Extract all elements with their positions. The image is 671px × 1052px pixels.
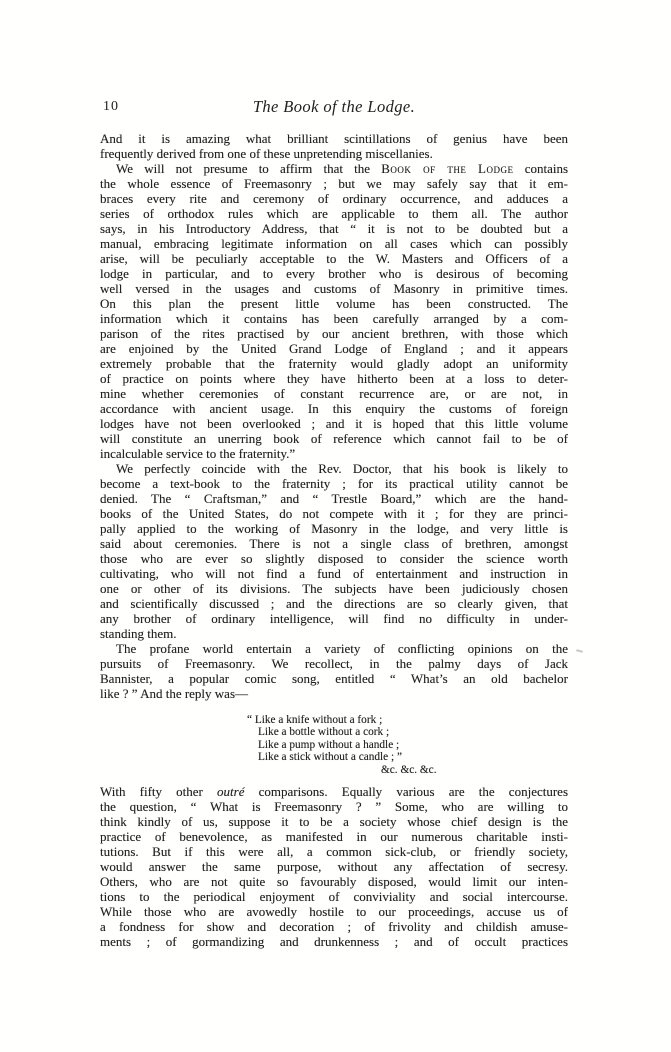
scanned-page: 10 The Book of the Lodge. And it is amaz… [0,0,671,1052]
verse-line: Like a stick without a candle ; ” [258,751,568,763]
text-segment: pursuits of Freemasonry. We recollect, i… [100,656,568,671]
text-line: arise, will be peculiarly acceptable to … [100,251,568,266]
text-segment: the question, “ What is Freemasonry ? ” … [100,799,568,814]
text-segment: With fifty other [100,784,217,799]
text-segment: cultivating, who will not find a fund of… [100,566,568,581]
text-segment: are enjoined by the United Grand Lodge o… [100,341,568,356]
verse-quote: “ Like a knife without a fork ;Like a bo… [247,714,568,776]
text-segment: a fondness for show and decoration ; of … [100,919,568,934]
text-segment: denied. The “ Craftsman,” and “ Trestle … [100,491,568,506]
text-segment: arise, will be peculiarly acceptable to … [100,251,568,266]
text-line: ments ; of gormandizing and drunkenness … [100,934,568,949]
text-segment: On this plan the present little volume h… [100,296,568,311]
text-segment: frequently derived from one of these unp… [100,146,433,161]
text-block: And it is amazing what brilliant scintil… [100,131,568,949]
verse-line: Like a pump without a handle ; [258,739,568,751]
text-line: says, in his Introductory Address, that … [100,221,568,236]
text-line: accordance with ancient usage. In this e… [100,401,568,416]
text-segment: said about ceremonies. There is not a si… [100,536,568,551]
text-segment: We will not presume to affirm that the [116,161,381,176]
text-segment: tutions. But if this were all, a common … [100,844,568,859]
text-line: well versed in the usages and customs of… [100,281,568,296]
text-line: the question, “ What is Freemasonry ? ” … [100,799,568,814]
text-line: The profane world entertain a variety of… [100,641,568,656]
paragraph: With fifty other outré comparisons. Equa… [100,784,568,949]
text-line: With fifty other outré comparisons. Equa… [100,784,568,799]
text-line: incalculable service to the fraternity.” [100,446,568,461]
text-segment: like ? ” And the reply was— [100,686,248,701]
verse-line: Like a bottle without a cork ; [258,726,568,738]
text-segment: pally applied to the working of Masonry … [100,521,568,536]
scan-speck-artifact [576,649,583,653]
text-segment: extremely probable that the fraternity w… [100,356,568,371]
text-line: will constitute an unerring book of refe… [100,431,568,446]
text-segment: those who are ever so slightly disposed … [100,551,568,566]
text-line: lodges have not been overlooked ; and it… [100,416,568,431]
text-line: Bannister, a popular comic song, entitle… [100,671,568,686]
text-segment: contains [513,161,568,176]
running-title: The Book of the Lodge. [100,97,568,117]
text-line: tions to the periodical enjoyment of con… [100,889,568,904]
text-line: braces every rite and ceremony of ordina… [100,191,568,206]
text-line: On this plan the present little volume h… [100,296,568,311]
paragraph: The profane world entertain a variety of… [100,641,568,701]
text-segment: any brother of ordinary intelligence, wi… [100,611,568,626]
text-line: We perfectly coincide with the Rev. Doct… [100,461,568,476]
text-line: any brother of ordinary intelligence, wi… [100,611,568,626]
text-line: one or other of its divisions. The subje… [100,581,568,596]
text-line: are enjoined by the United Grand Lodge o… [100,341,568,356]
text-line: of practice on points where they have hi… [100,371,568,386]
text-line: think kindly of us, suppose it to be a s… [100,814,568,829]
text-segment: comparisons. Equally various are the con… [244,784,568,799]
text-segment: books of the United States, do not compe… [100,506,568,521]
text-segment: well versed in the usages and customs of… [100,281,568,296]
text-line: And it is amazing what brilliant scintil… [100,131,568,146]
text-line: the whole essence of Freemasonry ; but w… [100,176,568,191]
etcetera-line: &c. &c. &c. [381,764,568,776]
text-line: practice of benevolence, as manifested i… [100,829,568,844]
text-segment: parison of the rites practised by our an… [100,326,568,341]
verse-line: “ Like a knife without a fork ; [247,714,568,726]
small-caps-text: Book of the Lodge [381,161,513,176]
text-segment: standing them. [100,626,177,641]
text-segment: mine whether ceremonies of constant recu… [100,386,568,401]
text-segment: think kindly of us, suppose it to be a s… [100,814,568,829]
page-header: 10 The Book of the Lodge. [100,97,568,119]
text-line: like ? ” And the reply was— [100,686,568,701]
text-line: parison of the rites practised by our an… [100,326,568,341]
text-segment: series of orthodox rules which are appli… [100,206,568,221]
text-line: tutions. But if this were all, a common … [100,844,568,859]
text-line: and scientifically discussed ; and the d… [100,596,568,611]
text-segment: lodge in particular, and to every brothe… [100,266,568,281]
text-segment: incalculable service to the fraternity.” [100,446,295,461]
text-line: information which it contains has been c… [100,311,568,326]
text-line: manual, embracing legitimate information… [100,236,568,251]
text-line: Others, who are not quite so favourably … [100,874,568,889]
text-line: We will not presume to affirm that the B… [100,161,568,176]
text-line: said about ceremonies. There is not a si… [100,536,568,551]
text-line: books of the United States, do not compe… [100,506,568,521]
text-segment: the whole essence of Freemasonry ; but w… [100,176,568,191]
text-line: series of orthodox rules which are appli… [100,206,568,221]
page-number: 10 [103,99,119,115]
text-segment: information which it contains has been c… [100,311,568,326]
text-line: become a text-book to the fraternity ; f… [100,476,568,491]
text-segment: And it is amazing what brilliant scintil… [100,131,568,146]
paragraph: We will not presume to affirm that the B… [100,161,568,461]
text-line: cultivating, who will not find a fund of… [100,566,568,581]
text-segment: one or other of its divisions. The subje… [100,581,568,596]
text-line: standing them. [100,626,568,641]
italic-text: outré [217,784,244,799]
text-segment: become a text-book to the fraternity ; f… [100,476,568,491]
text-segment: accordance with ancient usage. In this e… [100,401,568,416]
text-segment: practice of benevolence, as manifested i… [100,829,568,844]
text-line: pally applied to the working of Masonry … [100,521,568,536]
paragraph: We perfectly coincide with the Rev. Doct… [100,461,568,641]
text-segment: braces every rite and ceremony of ordina… [100,191,568,206]
text-segment: says, in his Introductory Address, that … [100,221,568,236]
text-line: frequently derived from one of these unp… [100,146,568,161]
text-segment: While those who are avowedly hostile to … [100,904,568,919]
text-segment: Others, who are not quite so favourably … [100,874,568,889]
text-segment: and scientifically discussed ; and the d… [100,596,568,611]
text-line: mine whether ceremonies of constant recu… [100,386,568,401]
text-segment: Bannister, a popular comic song, entitle… [100,671,568,686]
text-segment: manual, embracing legitimate information… [100,236,568,251]
text-segment: lodges have not been overlooked ; and it… [100,416,568,431]
paragraph: And it is amazing what brilliant scintil… [100,131,568,161]
text-segment: We perfectly coincide with the Rev. Doct… [116,461,568,476]
text-segment: will constitute an unerring book of refe… [100,431,568,446]
text-line: extremely probable that the fraternity w… [100,356,568,371]
text-segment: The profane world entertain a variety of… [116,641,568,656]
text-segment: would answer the same purpose, without a… [100,859,568,874]
text-line: While those who are avowedly hostile to … [100,904,568,919]
text-line: lodge in particular, and to every brothe… [100,266,568,281]
text-line: denied. The “ Craftsman,” and “ Trestle … [100,491,568,506]
text-segment: of practice on points where they have hi… [100,371,568,386]
text-line: those who are ever so slightly disposed … [100,551,568,566]
text-line: a fondness for show and decoration ; of … [100,919,568,934]
text-line: would answer the same purpose, without a… [100,859,568,874]
text-segment: tions to the periodical enjoyment of con… [100,889,568,904]
text-segment: ments ; of gormandizing and drunkenness … [100,934,568,949]
text-line: pursuits of Freemasonry. We recollect, i… [100,656,568,671]
